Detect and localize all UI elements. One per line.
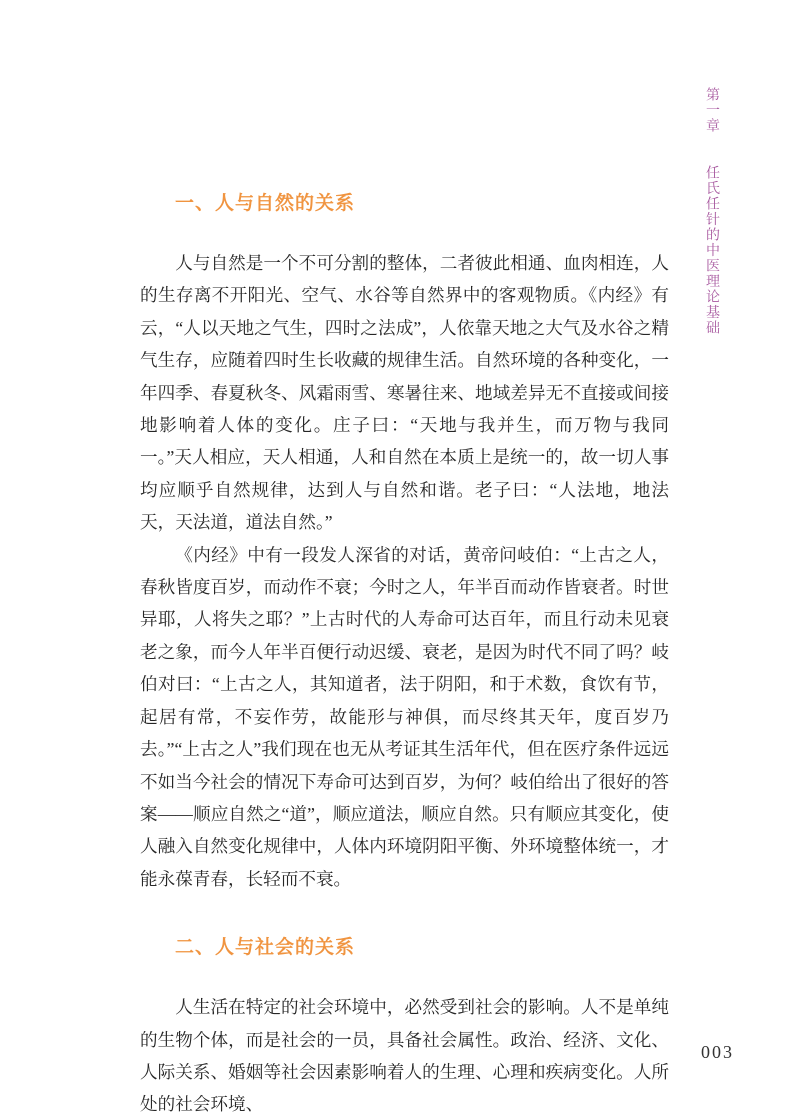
page-number: 003 [701,1042,734,1063]
paragraph-society-1: 人生活在特定的社会环境中，必然受到社会的影响。人不是单纯的生物个体，而是社会的一… [140,991,669,1118]
chapter-title-label: 任氏任针的中医理论基础 [705,165,721,336]
page-content: 一、人与自然的关系 人与自然是一个不可分割的整体，二者彼此相通、血肉相连，人的生… [140,193,669,1118]
section-heading-man-and-society: 二、人与社会的关系 [175,937,669,959]
paragraph-nature-1: 人与自然是一个不可分割的整体，二者彼此相通、血肉相连，人的生存离不开阳光、空气、… [140,247,669,539]
chapter-number-label: 第一章 [705,87,721,134]
paragraph-nature-2: 《内经》中有一段发人深省的对话，黄帝问岐伯：“上古之人，春秋皆度百岁，而动作不衰… [140,539,669,895]
chapter-sidebar: 第一章 任氏任针的中医理论基础 [706,87,720,336]
section-heading-man-and-nature: 一、人与自然的关系 [175,193,669,215]
